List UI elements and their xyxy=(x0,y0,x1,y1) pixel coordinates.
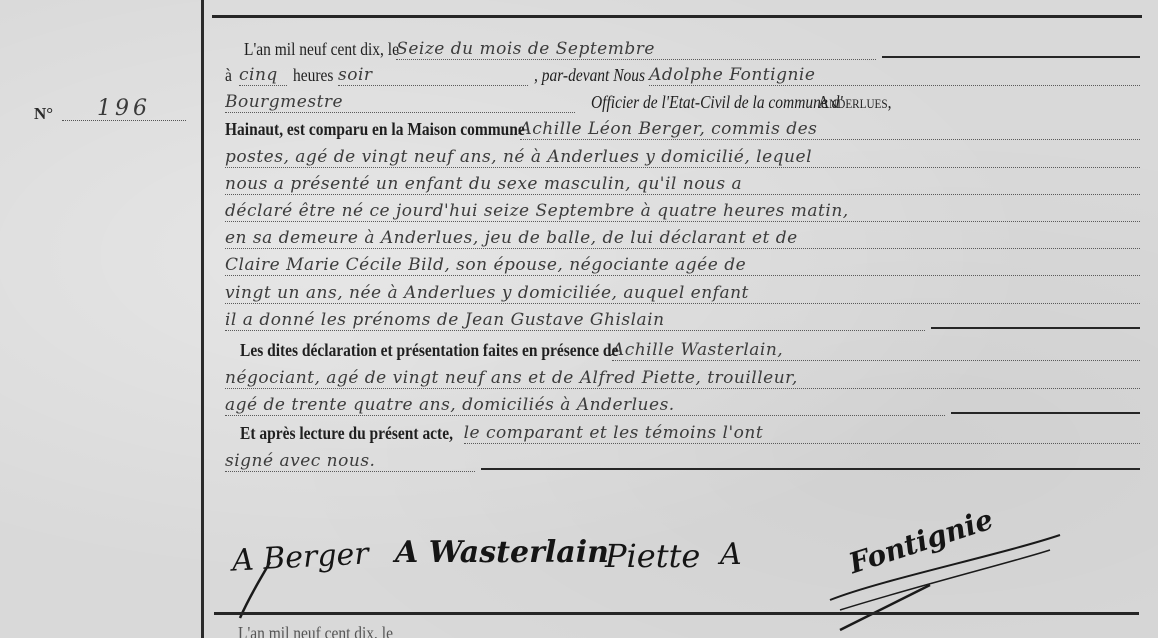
printed-text: Hainaut, est comparu en la Maison commun… xyxy=(225,119,525,140)
bottom-rule xyxy=(214,612,1139,615)
signature-stroke xyxy=(230,560,290,620)
printed-text: Les dites déclaration et présentation fa… xyxy=(240,340,618,361)
text-line-13: négociant, agé de vingt neuf ans et de A… xyxy=(225,359,1140,389)
text-line-11: il a donné les prénoms de Jean Gustave G… xyxy=(225,301,1140,331)
top-rule xyxy=(212,15,1142,18)
signature-initial: A xyxy=(720,537,742,572)
text-line-5: postes, agé de vingt neuf ans, né à Ande… xyxy=(225,138,1140,168)
text-line-7: déclaré être né ce jourd'hui seize Septe… xyxy=(225,192,1140,222)
handwritten-declarant: Achille Léon Berger, commis des xyxy=(520,119,1141,140)
text-line-6: nous a présenté un enfant du sexe mascul… xyxy=(225,165,1140,195)
handwritten-text: signé avec nous. xyxy=(225,451,475,472)
text-line-10: vingt un ans, née à Anderlues y domicili… xyxy=(225,274,1140,304)
signature-flourish xyxy=(800,525,1100,635)
signature-piette: Piette xyxy=(605,537,700,575)
text-line-12: Les dites déclaration et présentation fa… xyxy=(240,331,1140,361)
text-line-16: signé avec nous. xyxy=(225,442,1140,472)
text-line-2: à cinq heures soir , par-devant Nous Ado… xyxy=(225,56,1140,86)
next-act-line: L'an mil neuf cent dix, le xyxy=(238,624,1153,638)
handwritten-mother: Claire Marie Cécile Bild, son épouse, né… xyxy=(225,255,1140,276)
signature-wasterlain: A Wasterlain xyxy=(395,535,609,570)
printed-text: L'an mil neuf cent dix, le xyxy=(238,624,393,638)
text-line-4: Hainaut, est comparu en la Maison commun… xyxy=(225,110,1140,140)
text-line-14: agé de trente quatre ans, domiciliés à A… xyxy=(225,386,1140,416)
text-line-15: Et après lecture du présent acte, le com… xyxy=(240,414,1140,444)
handwritten-witness-1: Achille Wasterlain, xyxy=(612,340,1140,361)
margin-divider xyxy=(201,0,204,638)
handwritten-child-names: il a donné les prénoms de Jean Gustave G… xyxy=(225,310,925,331)
text-line-3: Bourgmestre Officier de l'Etat-Civil de … xyxy=(225,83,1140,113)
handwritten-text: agé de trente quatre ans, domiciliés à A… xyxy=(225,395,945,416)
text-line-9: Claire Marie Cécile Bild, son épouse, né… xyxy=(225,246,1140,276)
line-fill-rule xyxy=(931,327,1140,329)
act-number-label: N° xyxy=(34,104,53,124)
printed-text: Et après lecture du présent acte, xyxy=(240,423,453,444)
act-number-value: 196 xyxy=(62,96,186,121)
text-line-8: en sa demeure à Anderlues, jeu de balle,… xyxy=(225,219,1140,249)
register-page: N° 196 L'an mil neuf cent dix, le Seize … xyxy=(0,0,1158,638)
line-fill-rule xyxy=(481,468,1140,470)
handwritten-text: le comparant et les témoins l'ont xyxy=(464,423,1140,444)
